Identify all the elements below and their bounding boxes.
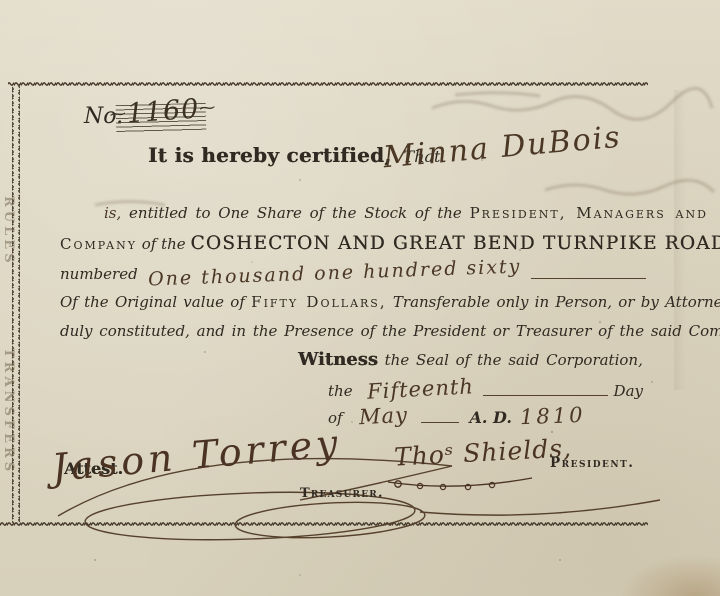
president-managers-caps: President, Managers and — [470, 204, 708, 222]
witness-word: Witness — [298, 349, 378, 370]
certified-lead-text: It is hereby certified, — [148, 143, 392, 167]
seal-text: the Seal of the said Corporation, — [385, 351, 643, 369]
handwritten-dash — [531, 277, 646, 279]
certificate-number-text: 1160 — [126, 94, 201, 130]
of-the-words: of the — [142, 235, 186, 253]
president-signature-flourish — [388, 478, 532, 490]
border-bottom — [0, 519, 648, 527]
value-post-text: Transferable only in Person, or by Attor… — [393, 293, 720, 311]
numbered-label: numbered — [60, 265, 138, 283]
president-signature: Thoˢ Shields, — [393, 433, 572, 471]
body-line-share: is, entitled to One Share of the Stock o… — [104, 204, 652, 222]
number-flourish-right: ⁓ — [199, 97, 217, 117]
border-top — [8, 81, 648, 89]
day-value-handwritten: Fifteenth — [366, 374, 474, 404]
ad-label: A. D. — [469, 408, 511, 427]
day-word: Day — [614, 382, 643, 400]
fifty-dollars-caps: Fifty Dollars, — [251, 293, 386, 311]
margin-vertical-text-bottom: TRANSFERS — [1, 348, 16, 475]
body-line-value: Of the Original value of Fifty Dollars, … — [60, 293, 656, 311]
value-pre-text: Of the Original value of — [60, 293, 245, 311]
witness-line: Witness the Seal of the said Corporation… — [298, 349, 643, 370]
numbered-value-handwritten: One thousand one hundred sixty — [147, 255, 521, 290]
number-flourish-left: ⁓ — [109, 104, 127, 124]
handwritten-dash — [483, 394, 607, 396]
body-line-numbered: numberedOne thousand one hundred sixty — [60, 262, 652, 284]
certificate-document: RULES TRANSFERS No. ⁓1160⁓ It is hereby … — [0, 0, 720, 596]
holder-name-handwritten: Minna DuBois — [382, 120, 623, 176]
body-line-presence: duly constituted, and in the Presence of… — [60, 322, 656, 340]
paper-crease — [674, 90, 686, 390]
is-word-handwritten: is, — [104, 204, 121, 222]
president-title: President. — [550, 455, 635, 471]
body-line-company: Company of the COSHECTON AND GREAT BEND … — [60, 233, 654, 254]
treasurer-signature: Jason Torrey — [50, 421, 343, 490]
the-word: the — [328, 382, 353, 400]
margin-vertical-text-top: RULES — [1, 196, 16, 267]
turnpike-road-name: COSHECTON AND GREAT BEND TURNPIKE ROAD, — [190, 233, 720, 254]
treasurer-title: Treasurer. — [300, 486, 384, 501]
paper-stain — [618, 554, 720, 596]
company-word: Company — [60, 235, 137, 253]
year-line: ofMayA. D.1810 — [328, 404, 620, 428]
handwritten-dash — [421, 421, 459, 423]
share-text: entitled to One Share of the Stock of th… — [129, 204, 462, 222]
day-line: theFifteenthDay — [328, 377, 643, 401]
month-value-handwritten: May — [358, 403, 408, 430]
year-value-handwritten: 1810 — [520, 403, 586, 429]
